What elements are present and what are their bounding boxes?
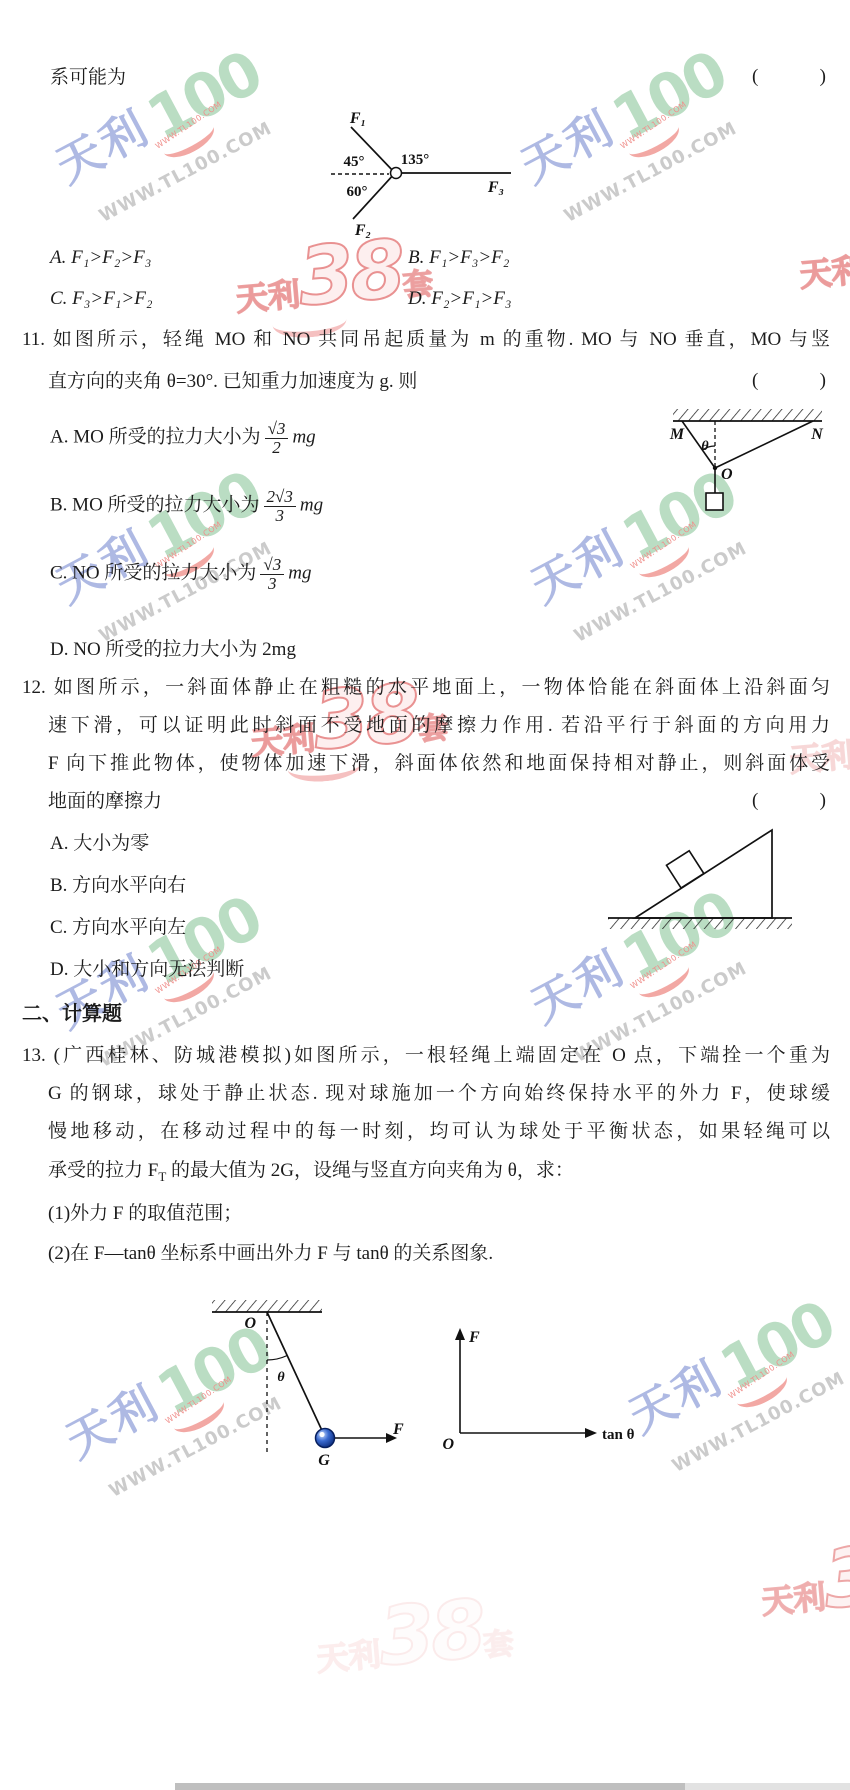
tl100-watermark: 天利100 WWW.TL100.COM WWW.TL100.COM (43, 35, 288, 234)
q13-text-line3: 慢地移动，在移动过程中的每一时刻，均可认为球处于平衡状态，如果轻绳可以 (48, 1120, 830, 1144)
q13-text-line1: 13. (广西桂林、防城港模拟)如图所示，一根轻绳上端固定在 O 点，下端拴一个… (22, 1044, 830, 1068)
q11-option-c: C. NO 所受的拉力大小为√33mg (50, 556, 311, 593)
q12-text-line3: F 向下推此物体，使物体加速下滑，斜面体依然和地面保持相对静止，则斜面体受 (48, 752, 830, 776)
angle-45-label: 45° (344, 154, 365, 170)
watermark-url: WWW.TL100.COM (96, 111, 288, 226)
q11-answer-blank: () (752, 370, 826, 392)
q10-force-diagram: F₁ F₂ F₃ 45° 135° 60° (265, 85, 520, 240)
q13-f-tantheta-axes: F O tan θ (425, 1322, 655, 1457)
hanging-weight (706, 493, 723, 510)
ground-hatching (608, 918, 792, 929)
f1-label: F₁ (349, 110, 366, 127)
origin-label: O (442, 1436, 454, 1453)
point-n-label: N (810, 426, 824, 443)
steel-ball (316, 1429, 335, 1448)
q12-option-b: B. 方向水平向右 (50, 874, 186, 898)
point-o-label: O (721, 466, 733, 483)
q13-pendulum-diagram: O θ G F (200, 1292, 415, 1482)
q11-ropes-diagram: M N O θ (655, 398, 840, 520)
theta-label: θ (277, 1370, 285, 1385)
tl38-watermark-clipped: 天利38 (756, 1525, 850, 1632)
y-axis-arrowhead (455, 1328, 465, 1340)
tl38-watermark-faint: 天利38套 (311, 1580, 516, 1690)
q12-option-a: A. 大小为零 (50, 832, 149, 856)
f3-label: F₃ (487, 179, 504, 196)
q11-text-line1: 11. 如图所示，轻绳 MO 和 NO 共同吊起质量为 m 的重物. MO 与 … (22, 328, 830, 352)
q11-option-b: B. MO 所受的拉力大小为2√33mg (50, 488, 323, 525)
q10-option-c: C. F₃>F₁>F₂ (50, 287, 152, 311)
q12-text-line2: 速下滑，可以证明此时斜面不受地面的摩擦力作用. 若沿平行于斜面的方向用力 (48, 714, 830, 738)
q13-text-line2: G 的钢球，球处于静止状态. 现对球施加一个方向始终保持水平的外力 F，使球缓 (48, 1082, 830, 1106)
page-bottom-scan-artifact (175, 1783, 685, 1790)
section-2-title: 二、计算题 (22, 1002, 122, 1027)
tantheta-axis-label: tan θ (602, 1427, 635, 1443)
weight-g-label: G (318, 1452, 330, 1469)
q10-option-a: A. F₁>F₂>F₃ (50, 246, 151, 270)
q11-option-d: D. NO 所受的拉力大小为 2mg (50, 638, 296, 662)
sliding-block (666, 851, 703, 888)
angle-135-label: 135° (401, 152, 430, 168)
tl100-watermark: 天利100 WWW.TL100.COM WWW.TL100.COM (43, 455, 288, 654)
watermark-brand-cn: 天利 (43, 92, 161, 196)
ceiling-hatching (212, 1300, 322, 1312)
exam-page: 天利100 WWW.TL100.COM WWW.TL100.COM 天利100 … (0, 0, 850, 1790)
point-m-label: M (669, 426, 685, 443)
force-f-label: F (392, 1421, 404, 1438)
q12-option-c: C. 方向水平向左 (50, 916, 186, 940)
f2-label: F₂ (354, 222, 371, 239)
x-axis-arrowhead (585, 1428, 597, 1438)
q12-text-line1: 12. 如图所示，一斜面体静止在粗糙的水平地面上，一物体恰能在斜面体上沿斜面匀 (22, 676, 830, 700)
q12-option-d: D. 大小和方向无法判断 (50, 958, 244, 982)
q13-subquestion-1: (1)外力 F 的取值范围； (48, 1202, 242, 1226)
tl100-watermark: 天利100 WWW.TL100.COM WWW.TL100.COM (508, 35, 753, 234)
q13-subquestion-2: (2)在 F—tanθ 坐标系中画出外力 F 与 tanθ 的关系图象. (48, 1242, 493, 1266)
theta-label: θ (701, 439, 709, 454)
q13-text-line4: 承受的拉力 FT 的最大值为 2G，设绳与竖直方向夹角为 θ，求： (48, 1159, 574, 1185)
q10-stem-tail: 系可能为 (50, 66, 126, 90)
q11-option-a: A. MO 所受的拉力大小为√32mg (50, 420, 316, 457)
watermark-brand-100: 100 (140, 45, 268, 147)
angle-60-label: 60° (347, 184, 368, 200)
q10-option-d: D. F₂>F₁>F₃ (408, 287, 512, 311)
tl38-watermark-clipped: 天利38 (794, 198, 850, 305)
q10-answer-blank: () (752, 66, 826, 88)
q10-option-b: B. F₁>F₃>F₂ (408, 246, 509, 270)
watermark-arc-url: WWW.TL100.COM (154, 93, 234, 151)
page-bottom-scan-artifact (685, 1783, 850, 1790)
q12-text-line4: 地面的摩擦力 (48, 790, 162, 814)
watermark-smile-arc (158, 115, 220, 164)
point-o-label: O (244, 1315, 256, 1332)
f-axis-label: F (468, 1329, 480, 1346)
q12-answer-blank: () (752, 790, 826, 812)
q11-text-line2: 直方向的夹角 θ=30°. 已知重力加速度为 g. 则 (48, 370, 417, 394)
ceiling-hatching (673, 409, 822, 421)
vertex-circle (391, 168, 402, 179)
q12-incline-diagram (595, 822, 810, 934)
